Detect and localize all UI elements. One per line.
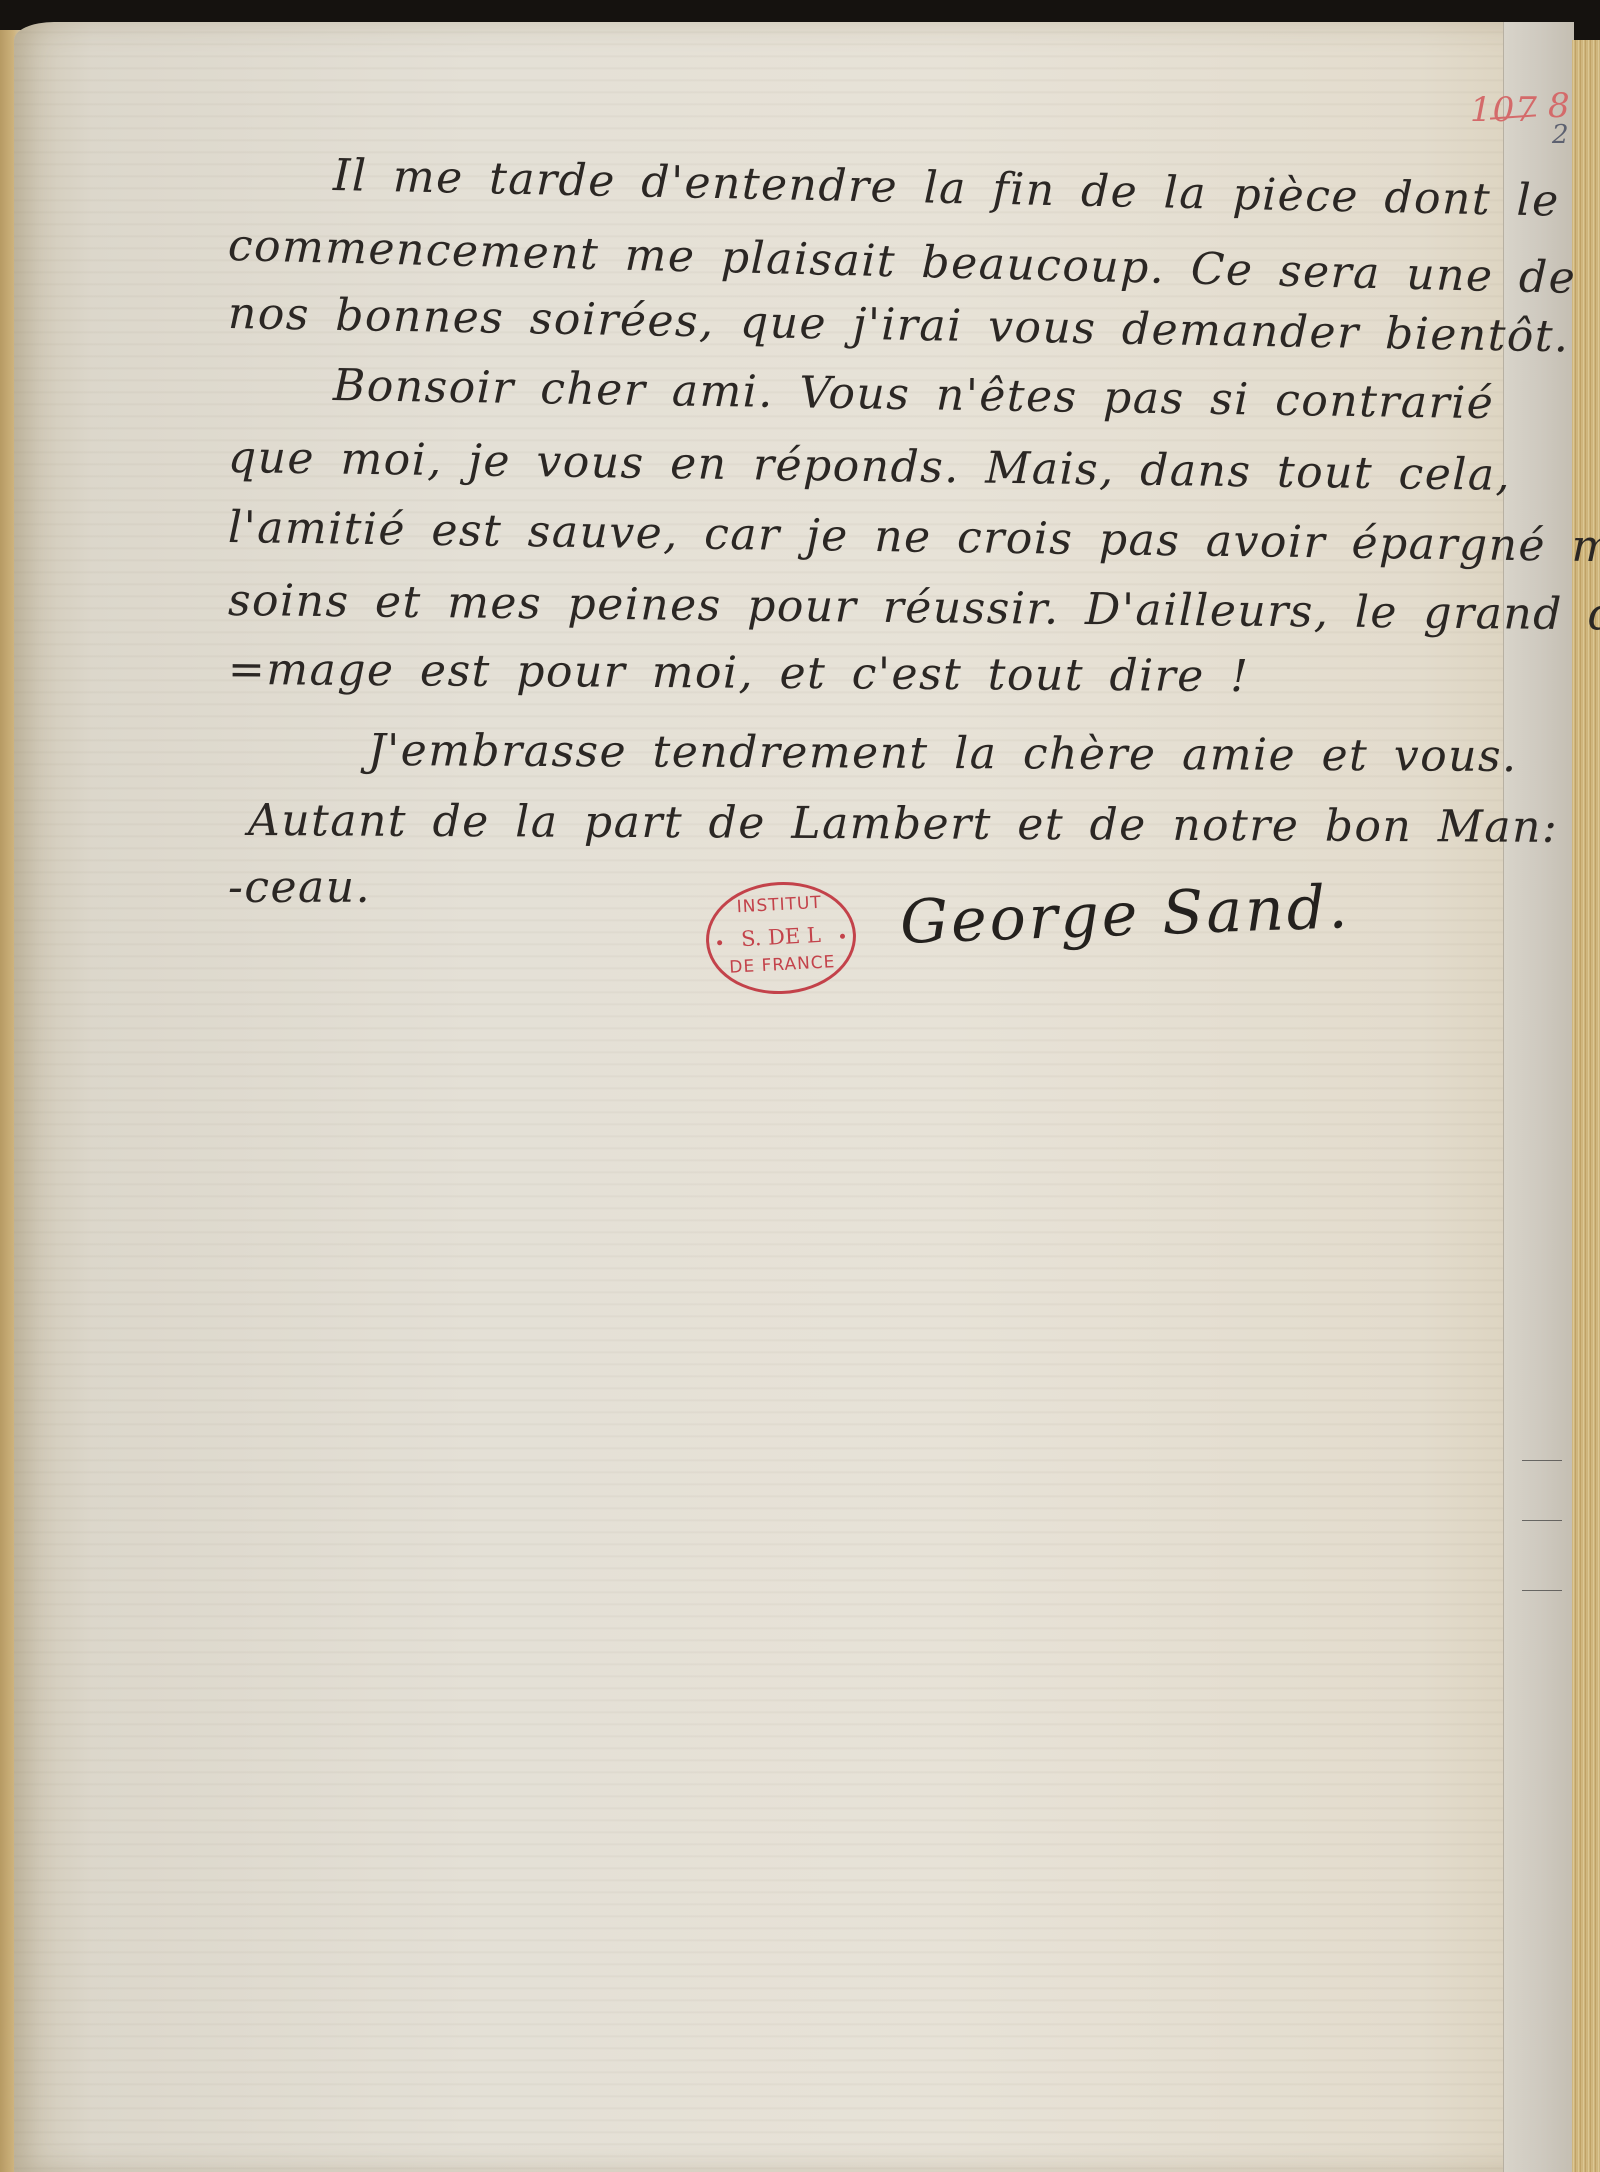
strip-mark bbox=[1522, 1520, 1562, 1521]
strip-mark bbox=[1522, 1590, 1562, 1591]
strip-mark bbox=[1522, 1460, 1562, 1461]
letter-line: J'embrasse tendrement la chère amie et v… bbox=[368, 725, 1518, 782]
stamp-text-middle: S. DE L bbox=[708, 921, 853, 953]
stamp-text-bottom: DE FRANCE bbox=[710, 951, 855, 979]
page-edges bbox=[1572, 40, 1600, 2172]
manuscript-photo: 107 8 2 Il me tarde d'entendre la fin de… bbox=[0, 0, 1600, 2172]
folio-number: 107 bbox=[1470, 90, 1538, 130]
folio-pencil-mark: 2 bbox=[1552, 120, 1569, 150]
letter-line: -ceau. bbox=[228, 862, 371, 913]
letter-line: =mage est pour moi, et c'est tout dire ! bbox=[228, 644, 1250, 702]
letter-line: Autant de la part de Lambert et de notre… bbox=[248, 795, 1559, 853]
